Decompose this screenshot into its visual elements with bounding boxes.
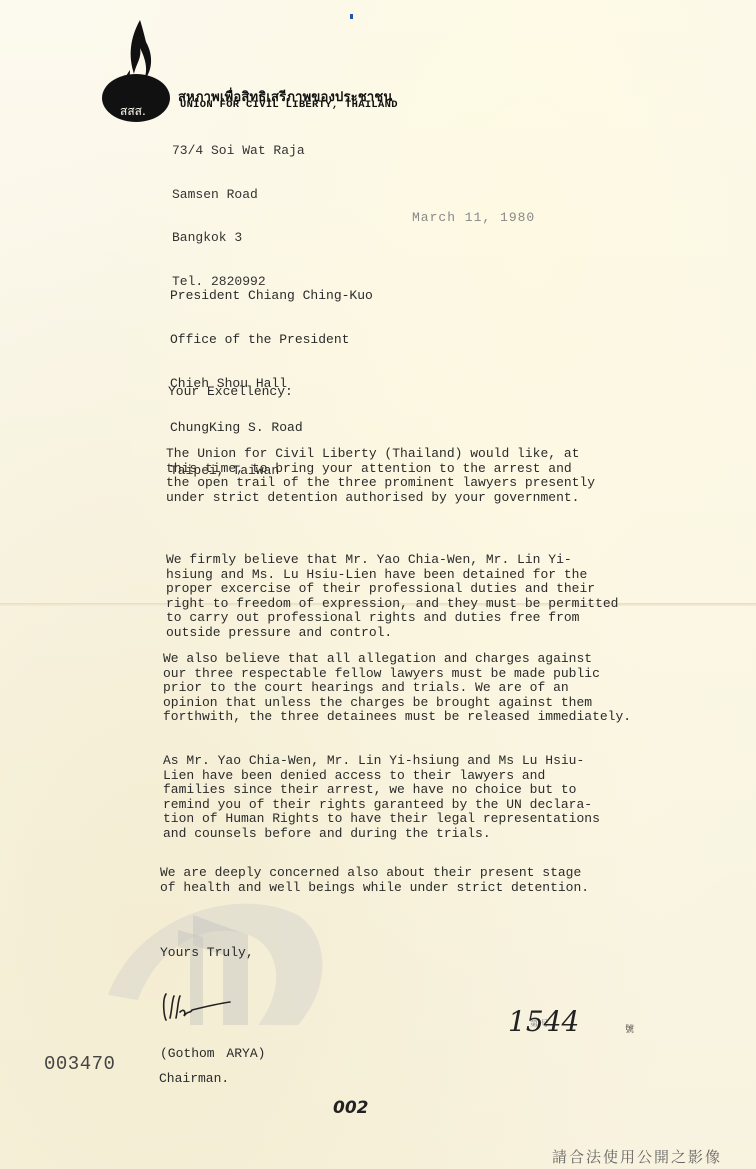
- org-name-english: UNION FOR CIVIL LIBERTY, THAILAND: [180, 99, 398, 111]
- body-paragraph-5: We are deeply concerned also about their…: [160, 866, 589, 895]
- signatory-name: (Gothom ARYA): [160, 1046, 265, 1061]
- logo-text: สสส.: [120, 104, 146, 118]
- body-paragraph-4: As Mr. Yao Chia-Wen, Mr. Lin Yi-hsiung a…: [163, 754, 600, 842]
- letter-date: March 11, 1980: [412, 210, 535, 225]
- signature-icon: [160, 990, 234, 1024]
- address-line: 73/4 Soi Wat Raja: [172, 144, 305, 159]
- closing: Yours Truly,: [160, 945, 254, 960]
- address-line: Bangkok 3: [172, 231, 305, 246]
- signatory-title: Chairman.: [159, 1071, 229, 1086]
- body-paragraph-3: We also believe that all allegation and …: [163, 652, 631, 725]
- ink-mark: [350, 14, 353, 19]
- handwritten-number: 1544: [508, 1005, 579, 1038]
- body-paragraph-2: We firmly believe that Mr. Yao Chia-Wen,…: [166, 553, 618, 641]
- recipient-line: President Chiang Ching-Kuo: [170, 289, 373, 304]
- document-page: สสส. สหภาพเพื่อสิทธิเสรีภาพของประชาชน UN…: [0, 0, 756, 1169]
- address-line: Samsen Road: [172, 188, 305, 203]
- stamp-suffix: 號: [625, 1022, 634, 1035]
- recipient-line: Office of the President: [170, 333, 373, 348]
- serial-number: 003470: [44, 1053, 115, 1075]
- recipient-line: ChungKing S. Road: [170, 421, 373, 436]
- union-logo-icon: สสส.: [100, 18, 172, 122]
- salutation: Your Excellency:: [168, 384, 293, 399]
- page-number: 002: [333, 1098, 369, 1118]
- watermark-notice: 請合法使用公開之影像: [552, 1146, 722, 1167]
- body-paragraph-1: The Union for Civil Liberty (Thailand) w…: [166, 447, 595, 505]
